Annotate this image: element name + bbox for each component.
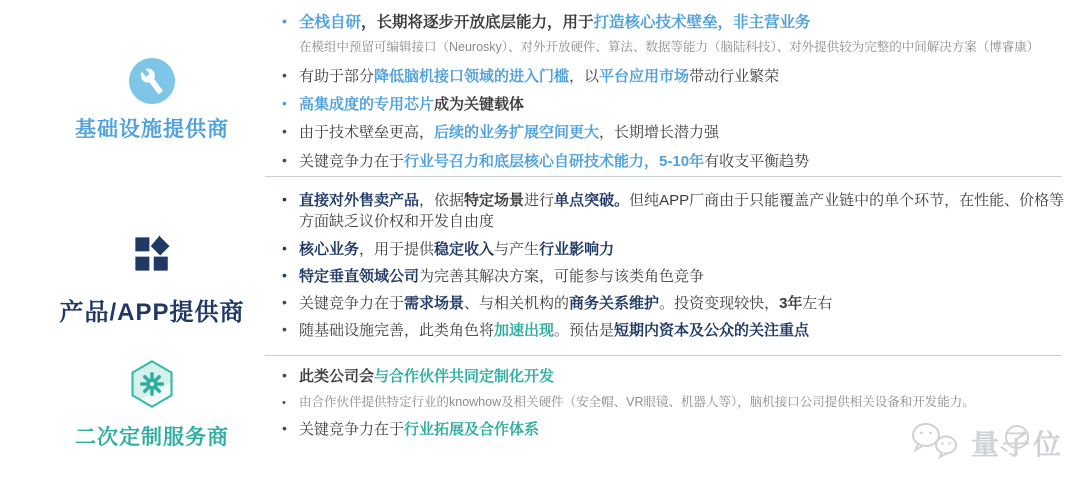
bullet-dot: • — [265, 293, 299, 313]
wechat-icon — [909, 420, 961, 465]
bullet-text: 直接对外售卖产品，依据特定场景进行单点突破。但纯APP厂商由于只能覆盖产业链中的… — [299, 190, 1067, 233]
magnifier-icon — [1005, 425, 1029, 449]
wrench-icon — [129, 58, 175, 104]
widgets-icon — [131, 233, 173, 275]
bullet-dot: • — [265, 12, 299, 32]
bullet-dot: • — [265, 394, 299, 412]
role-infrastructure-provider: 基础设施提供商 — [38, 58, 266, 143]
bullet-text: 关键竞争力在于需求场景、与相关机构的商务关系维护。投资变现较快，3年左右 — [299, 293, 1067, 314]
bullet-dot: • — [265, 266, 299, 286]
bullet-text: 有助于部分降低脑机接口领域的进入门槛，以平台应用市场带动行业繁荣 — [299, 66, 1067, 87]
role-label: 二次定制服务商 — [38, 421, 266, 451]
section-infrastructure-bullets: •全栈自研，长期将逐步开放底层能力，用于打造核心技术壁垒，非主营业务在模组中预留… — [265, 12, 1067, 179]
bullet-item: •关键竞争力在于需求场景、与相关机构的商务关系维护。投资变现较快，3年左右 — [265, 293, 1067, 314]
bullet-dot: • — [265, 122, 299, 142]
section-divider — [265, 355, 1062, 356]
bullet-text: 特定垂直领域公司为完善其解决方案，可能参与该类角色竞争 — [299, 266, 1067, 287]
bullet-item: •高集成度的专用芯片成为关键载体 — [265, 94, 1067, 115]
bullet-text: 关键竞争力在于行业号召力和底层核心自研技术能力，5-10年有收支平衡趋势 — [299, 151, 1067, 172]
bullet-text: 由合作伙伴提供特定行业的knowhow及相关硬件（安全帽、VR眼镜、机器人等），… — [299, 394, 1067, 412]
watermark-text: 量子位 — [971, 423, 1064, 463]
bullet-text: 核心业务，用于提供稳定收入与产生行业影响力 — [299, 239, 1067, 260]
bullet-dot: • — [265, 320, 299, 340]
role-label: 产品/APP提供商 — [38, 292, 266, 327]
slide: 基础设施提供商 产品/APP提供商 二次定制服 — [0, 0, 1080, 483]
hexagon-gear-icon — [126, 358, 178, 410]
bullet-text: 在模组中预留可编辑接口（Neurosky）、对外开放硬件、算法、数据等能力（脑陆… — [299, 39, 1067, 57]
bullet-text: 高集成度的专用芯片成为关键载体 — [299, 94, 1067, 115]
bullet-item: •随基础设施完善，此类角色将加速出现。预估是短期内资本及公众的关注重点 — [265, 320, 1067, 341]
role-secondary-customization-provider: 二次定制服务商 — [38, 358, 266, 451]
bullet-dot: • — [265, 366, 299, 386]
bullet-item: •由合作伙伴提供特定行业的knowhow及相关硬件（安全帽、VR眼镜、机器人等）… — [265, 394, 1067, 412]
watermark: 量子位 — [909, 420, 1064, 465]
bullet-text: 随基础设施完善，此类角色将加速出现。预估是短期内资本及公众的关注重点 — [299, 320, 1067, 341]
bullet-dot: • — [265, 151, 299, 171]
role-label: 基础设施提供商 — [38, 113, 266, 143]
bullet-item: •此类公司会与合作伙伴共同定制化开发 — [265, 366, 1067, 387]
bullet-item: •由于技术壁垒更高，后续的业务扩展空间更大，长期增长潜力强 — [265, 122, 1067, 143]
bullet-dot: • — [265, 94, 299, 114]
bullet-text: 此类公司会与合作伙伴共同定制化开发 — [299, 366, 1067, 387]
bullet-dot: • — [265, 66, 299, 86]
bullet-item: •有助于部分降低脑机接口领域的进入门槛，以平台应用市场带动行业繁荣 — [265, 66, 1067, 87]
sub-note: 在模组中预留可编辑接口（Neurosky）、对外开放硬件、算法、数据等能力（脑陆… — [265, 39, 1067, 57]
section-product-app-bullets: •直接对外售卖产品，依据特定场景进行单点突破。但纯APP厂商由于只能覆盖产业链中… — [265, 190, 1067, 348]
bullet-text: 全栈自研，长期将逐步开放底层能力，用于打造核心技术壁垒，非主营业务 — [299, 12, 1067, 34]
bullet-item: •全栈自研，长期将逐步开放底层能力，用于打造核心技术壁垒，非主营业务 — [265, 12, 1067, 34]
bullet-item: •关键竞争力在于行业号召力和底层核心自研技术能力，5-10年有收支平衡趋势 — [265, 151, 1067, 172]
bullet-dot: • — [265, 239, 299, 259]
role-product-app-provider: 产品/APP提供商 — [38, 233, 266, 327]
bullet-item: •核心业务，用于提供稳定收入与产生行业影响力 — [265, 239, 1067, 260]
section-divider — [265, 176, 1062, 177]
bullet-dot: • — [265, 419, 299, 439]
bullet-text: 由于技术壁垒更高，后续的业务扩展空间更大，长期增长潜力强 — [299, 122, 1067, 143]
bullet-item: •特定垂直领域公司为完善其解决方案，可能参与该类角色竞争 — [265, 266, 1067, 287]
bullet-dot: • — [265, 190, 299, 210]
bullet-item: •直接对外售卖产品，依据特定场景进行单点突破。但纯APP厂商由于只能覆盖产业链中… — [265, 190, 1067, 233]
